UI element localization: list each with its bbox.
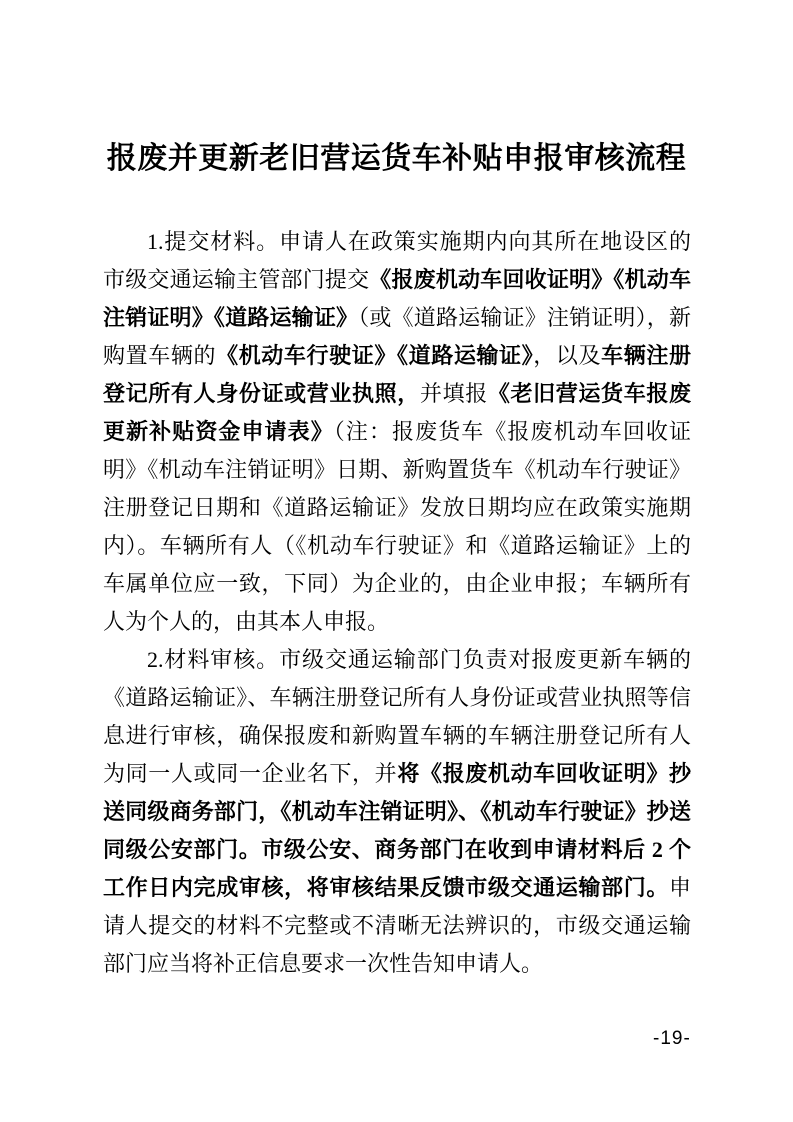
text-run: （注：报废货车《报废机动车回收证明》《机动车注销证明》日期、新购置货车《机动车行… xyxy=(103,419,691,634)
text-run: ，以及 xyxy=(533,343,601,368)
bold-text-run: 《机动车行驶证》《道路运输证》 xyxy=(216,343,533,368)
paragraph: 2.材料审核。市级交通运输部门负责对报废更新车辆的《道路运输证》、车辆注册登记所… xyxy=(103,641,691,983)
page-number: -19- xyxy=(653,1028,691,1050)
document-page: 报废并更新老旧营运货车补贴申报审核流程 1.提交材料。申请人在政策实施期内向其所… xyxy=(0,0,793,1122)
text-run: 并填报 xyxy=(420,381,488,406)
page-title: 报废并更新老旧营运货车补贴申报审核流程 xyxy=(0,140,793,178)
document-body: 1.提交材料。申请人在政策实施期内向其所在地设区的市级交通运输主管部门提交《报废… xyxy=(103,223,691,983)
paragraph: 1.提交材料。申请人在政策实施期内向其所在地设区的市级交通运输主管部门提交《报废… xyxy=(103,223,691,641)
